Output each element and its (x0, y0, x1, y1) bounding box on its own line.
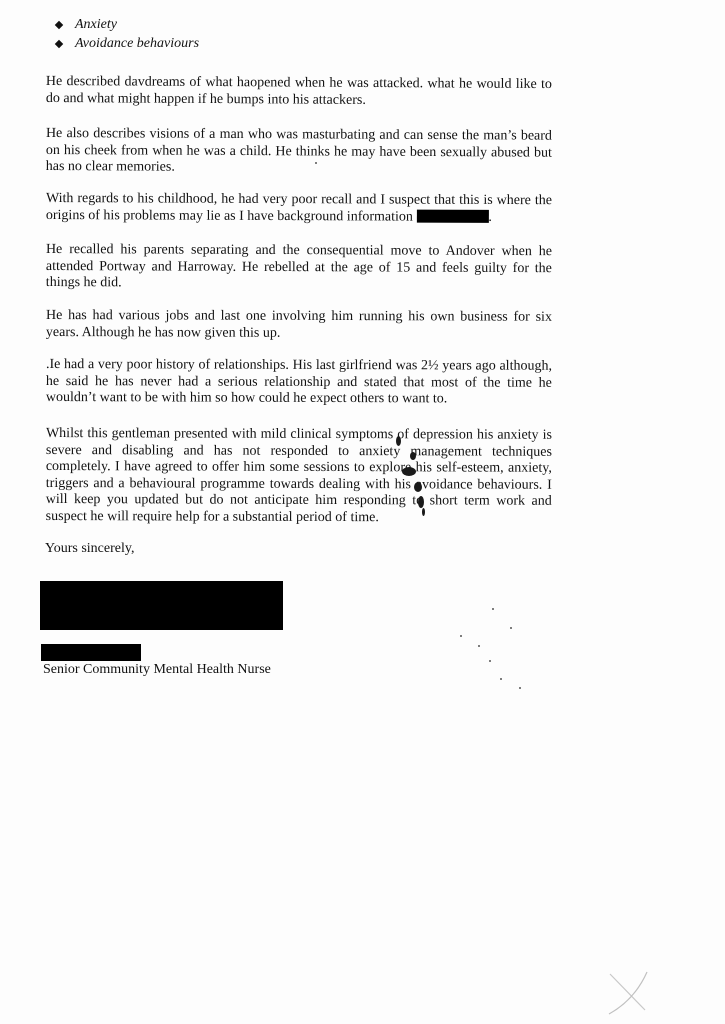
paragraph-relationships: .Ie had a very poor history of relations… (46, 357, 552, 408)
paragraph-assessment: Whilst this gentleman presented with mil… (46, 426, 552, 527)
diamond-bullet-icon (55, 20, 63, 28)
diamond-bullet-icon (55, 39, 63, 47)
symptom-bullet-list: Anxiety Avoidance behaviours (54, 15, 199, 53)
name-redaction (41, 644, 141, 661)
paragraph-parents: He recalled his parents separating and t… (46, 242, 552, 294)
paragraph-visions: He also describes visions of a man who w… (46, 126, 552, 178)
bullet-item: Anxiety (54, 15, 199, 34)
bullet-text: Avoidance behaviours (75, 34, 199, 53)
bullet-item: Avoidance behaviours (54, 34, 199, 53)
paragraph-jobs: He has had various jobs and last one inv… (46, 308, 552, 343)
bullet-text: Anxiety (75, 15, 117, 34)
paragraph-childhood: With regards to his childhood, he had ve… (46, 191, 552, 226)
paragraph-daydreams: He described davdreams of what haopened … (46, 74, 552, 110)
signatory-role: Senior Community Mental Health Nurse (43, 662, 271, 678)
signature-redaction (40, 581, 283, 630)
scanned-letter-page: Anxiety Avoidance behaviours He describe… (0, 0, 725, 1024)
closing-salutation: Yours sincerely, (45, 541, 134, 557)
redaction-box (416, 209, 488, 222)
pencil-cross-mark (605, 968, 655, 1018)
